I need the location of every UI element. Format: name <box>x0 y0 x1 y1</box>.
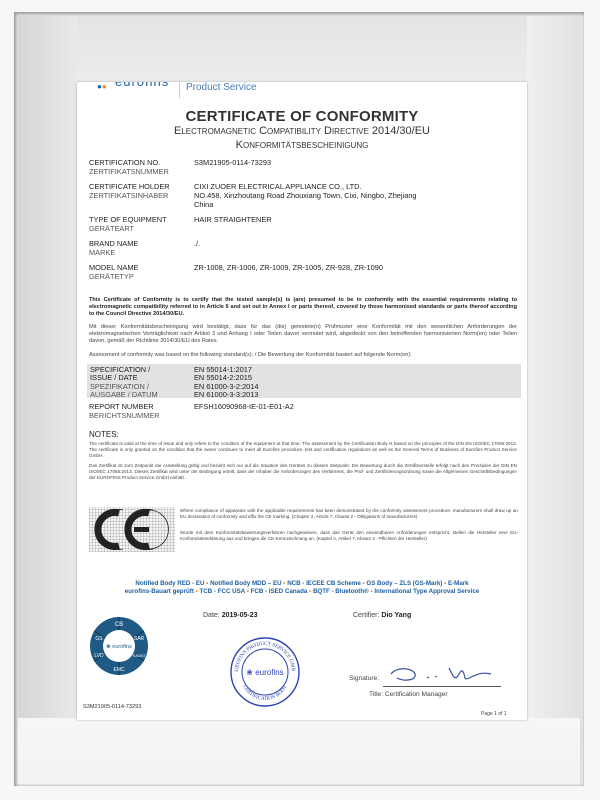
issue-date: Date: 2019-05-23 <box>203 612 258 619</box>
report-label-de: BERICHTSNUMMER <box>89 411 194 420</box>
assessment-text: Assessment of conformity was based on th… <box>89 352 517 359</box>
specification-standards: EN 55014-1:2017EN 55014-2:2015EN 61000-3… <box>194 366 259 400</box>
frame-bevel-top <box>18 16 580 82</box>
field-label-en: MODEL NAME <box>89 263 194 272</box>
notified-body-item: BQTF - Bluetooth® <box>313 588 369 595</box>
svg-text:EMC: EMC <box>113 667 125 673</box>
frame-bevel-left <box>18 16 77 782</box>
frame-bevel-bottom <box>18 718 580 784</box>
field-label-en: BRAND NAME <box>89 239 194 248</box>
notified-body-item: Notified Body MDD – EU <box>210 580 282 587</box>
field-value: ZR-1008, ZR-1006, ZR-1009, ZR-1005, ZR-9… <box>194 263 383 281</box>
certificate-title: CERTIFICATE OF CONFORMITY <box>77 108 527 125</box>
ce-mark-icon <box>89 507 175 552</box>
field-row: TYPE OF EQUIPMENTGERÄTEARTHAIR STRAIGHTE… <box>89 215 519 233</box>
field-value: CIXI ZUOER ELECTRICAL APPLIANCE CO., LTD… <box>194 182 417 209</box>
signer-title: Title: Certification Manager <box>369 691 448 698</box>
report-number: EFSH16090968-IE-01-E01-A2 <box>194 402 294 420</box>
field-row: CERTIFICATION NO.ZERTIFIKATSNUMMERS3M219… <box>89 158 519 176</box>
certificate-fields: CERTIFICATION NO.ZERTIFIKATSNUMMERS3M219… <box>89 158 519 287</box>
statement-en: This Certificate of Conformity is to cer… <box>89 297 517 318</box>
notified-body-item: eurofins-Bauart geprüft <box>125 588 194 595</box>
notified-body-item: TCB - FCC USA <box>200 588 245 595</box>
field-label-de: GERÄTETYP <box>89 272 194 281</box>
header: ●● eurofins Product Service <box>77 82 527 104</box>
eurofins-logo-icon: ●● <box>97 82 107 91</box>
notes-en: The certificate is valid at the time of … <box>89 441 517 458</box>
field-value: ./. <box>194 239 200 257</box>
field-label-en: CERTIFICATE HOLDER <box>89 182 194 191</box>
frame-bevel-right <box>527 16 582 782</box>
field-label-de: ZERTIFIKATSINHABER <box>89 191 194 200</box>
signature-label: Signature: <box>349 675 379 682</box>
notified-bodies-line-2: eurofins-Bauart geprüft • TCB - FCC USA … <box>77 588 527 596</box>
notified-body-item: International Type Approval Service <box>374 588 479 595</box>
signature-icon <box>387 664 497 684</box>
certificate-subtitle: Electromagnetic Compatibility Directive … <box>77 125 527 137</box>
statement-de: Mit dieser Konformitätsbescheinigung wir… <box>89 324 517 345</box>
specification-labels: SPECIFICATION /ISSUE / DATESPEZIFIKATION… <box>90 366 158 400</box>
certificate-subtitle-de: Konformitätsbescheinigung <box>77 139 527 151</box>
certifier: Certifier: Dio Yang <box>353 612 411 619</box>
field-value: HAIR STRAIGHTENER <box>194 215 272 233</box>
notified-body-item: Notified Body RED - EU <box>135 580 204 587</box>
notified-body-item: NCB - IECEE CB Scheme <box>287 580 361 587</box>
notified-body-item: FCB - ISED Canada <box>251 588 308 595</box>
notified-bodies: Notified Body RED - EU • Notified Body M… <box>77 580 527 596</box>
field-row: MODEL NAMEGERÄTETYPZR-1008, ZR-1006, ZR-… <box>89 263 519 281</box>
notified-bodies-line-1: Notified Body RED - EU • Notified Body M… <box>77 580 527 588</box>
field-row: BRAND NAMEMARKE./. <box>89 239 519 257</box>
notified-body-item: GS Body – ZLS (GS-Mark) <box>366 580 442 587</box>
field-label-en: CERTIFICATION NO. <box>89 158 194 167</box>
certificate-document: ●● eurofins Product Service CERTIFICATE … <box>77 82 527 720</box>
svg-text:EUROFINS PRODUCT SERVICE GMBH: EUROFINS PRODUCT SERVICE GMBH <box>229 636 296 672</box>
field-label-de: MARKE <box>89 248 194 257</box>
svg-text:LVD: LVD <box>94 653 104 659</box>
division-name: Product Service <box>186 82 257 93</box>
footer-certificate-id: S3M21905-0114-73293 <box>83 704 141 710</box>
svg-text:CB: CB <box>115 622 123 628</box>
page-number: Page 1 of 1 <box>481 711 507 717</box>
svg-text:RADIO: RADIO <box>133 653 146 658</box>
field-label-de: GERÄTEART <box>89 224 194 233</box>
field-label-en: TYPE OF EQUIPMENT <box>89 215 194 224</box>
notes-heading: NOTES: <box>89 430 119 439</box>
field-row: CERTIFICATE HOLDERZERTIFIKATSINHABERCIXI… <box>89 182 519 209</box>
certification-stamp-icon: EUROFINS PRODUCT SERVICE GMBH CERTIFICAT… <box>229 636 301 708</box>
field-label-de: ZERTIFIKATSNUMMER <box>89 167 194 176</box>
report-label-en: REPORT NUMBER <box>89 402 194 411</box>
svg-text:SAR: SAR <box>134 636 145 642</box>
header-divider <box>179 82 180 98</box>
specification-label: AUSGABE / DATUM <box>90 391 158 399</box>
standard-item: EN 61000-3-3:2013 <box>194 391 259 399</box>
signature-line <box>383 686 501 687</box>
report-number-row: REPORT NUMBER BERICHTSNUMMER EFSH1609096… <box>89 402 519 420</box>
svg-text:GS: GS <box>95 636 103 642</box>
ce-text-en: Where compliance of apparatus with the a… <box>180 508 518 520</box>
notes-de: Das Zertifikat ist zum Zeitpunkt der Aus… <box>89 463 517 480</box>
ce-text-de: Wurde mit dem Konformitätsbewertungsverf… <box>180 530 518 542</box>
eurofins-services-badge-icon: CB SAR RADIO EMC LVD GS ❀ eurofins <box>89 616 149 676</box>
field-value: S3M21905-0114-73293 <box>194 158 271 176</box>
svg-text:CERTIFICATION BODY: CERTIFICATION BODY <box>241 684 288 702</box>
specification-block: SPECIFICATION /ISSUE / DATESPEZIFIKATION… <box>87 364 521 398</box>
svg-text:❀ eurofins: ❀ eurofins <box>246 668 283 677</box>
svg-text:❀ eurofins: ❀ eurofins <box>106 643 132 650</box>
logo-text: eurofins <box>115 82 169 89</box>
notified-body-item: E-Mark <box>448 580 469 587</box>
